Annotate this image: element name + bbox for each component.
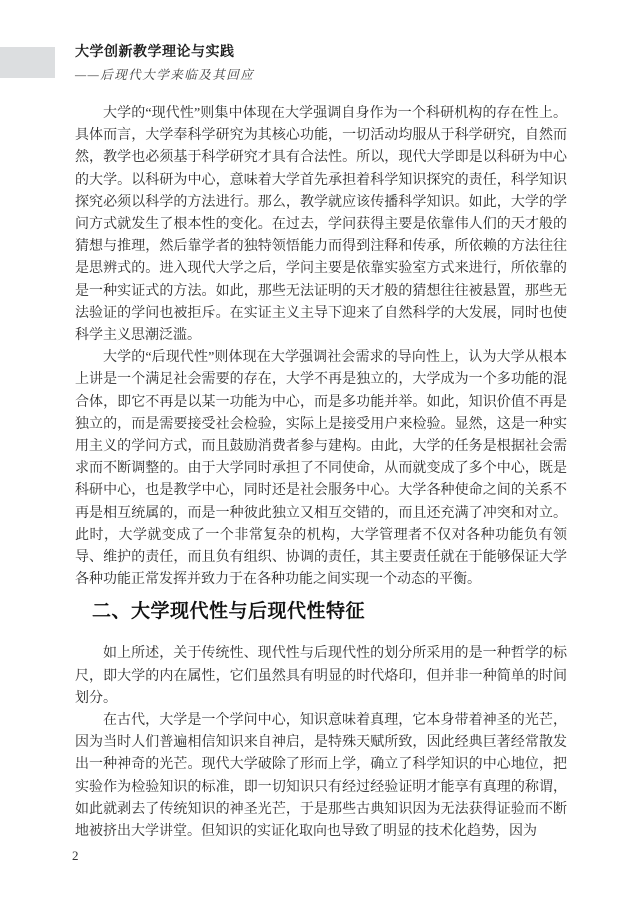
- book-page: 大学创新教学理论与实践 ——后现代大学来临及其回应 大学的“现代性”则集中体现在…: [0, 0, 638, 903]
- running-head: 大学创新教学理论与实践 ——后现代大学来临及其回应: [75, 44, 567, 83]
- chapter-subtitle: ——后现代大学来临及其回应: [75, 67, 567, 83]
- paragraph-ancient-university: 在古代，大学是一个学问中心，知识意味着真理，它本身带着神圣的光芒，因为当时人们普…: [75, 710, 567, 843]
- page-edge-tab: [0, 47, 55, 78]
- page-body: 大学的“现代性”则集中体现在大学强调自身作为一个科研机构的存在性上。具体而言，大…: [75, 103, 567, 843]
- page-number: 2: [72, 848, 79, 864]
- paragraph-philosophical-scale: 如上所述，关于传统性、现代性与后现代性的划分所采用的是一种哲学的标尺，即大学的内…: [75, 643, 567, 710]
- paragraph-postmodernity: 大学的“后现代性”则体现在大学强调社会需求的导向性上，认为大学从根本上讲是一个满…: [75, 347, 567, 591]
- paragraph-modernity: 大学的“现代性”则集中体现在大学强调自身作为一个科研机构的存在性上。具体而言，大…: [75, 103, 567, 347]
- section-heading: 二、大学现代性与后现代性特征: [75, 599, 567, 625]
- book-title: 大学创新教学理论与实践: [75, 44, 567, 62]
